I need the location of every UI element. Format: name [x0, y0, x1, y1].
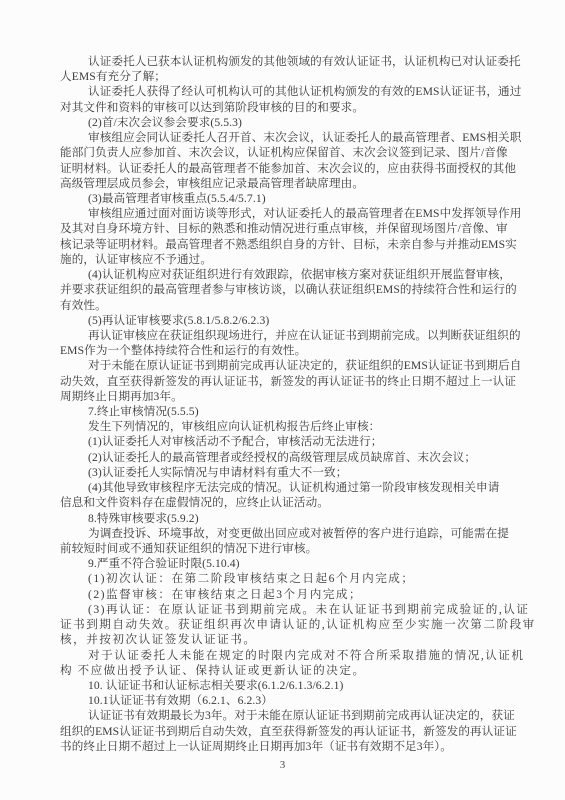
text-line: (3)再认证：在原认证证书到期前完成。未在认证证书到期前完成验证的,认证	[60, 602, 526, 617]
text-line: 前较短时间或不通知获证组织的情况下进行审核。	[60, 541, 526, 556]
text-line: (1)初次认证：在第二阶段审核结束之日起6个月内完成；	[60, 571, 526, 586]
text-line: 认证证书有效期最长为3年。对于未能在原认证证书到期前完成再认证决定的，获证	[60, 708, 526, 723]
text-line: 施的，认证审核应不予通过。	[60, 252, 526, 267]
text-line: 核，并按初次认证签发认证证书。	[60, 632, 526, 647]
text-line: 构 不应做出授予认证、保持认证或更新认证的决定。	[60, 663, 526, 678]
text-line: 认证委托人获得了经认可机构认可的其他认证机构颁发的有效的EMS认证证书，通过	[60, 84, 526, 99]
text-line: 组织的EMS认证证书到期后自动失效，直至获得新签发的再认证证书，新签发的再认证证	[60, 724, 526, 739]
text-line: (3)最高管理者审核重点(5.5.4/5.7.1)	[60, 191, 526, 206]
text-line: 为调查投诉、环境事故，对变更做出回应或对被暂停的客户进行追踪，可能需在提	[60, 526, 526, 541]
text-line: 动失效，直至获得新签发的再认证证书，新签发的再认证证书的终止日期不超过上一认证	[60, 374, 526, 389]
text-line: 7.终止审核情况(5.5.5)	[60, 404, 526, 419]
text-line: 能部门负责人应参加首、末次会议，认证机构应保留首、末次会议签到记录、图片/音像	[60, 145, 526, 160]
text-line: 周期终止日期再加3年。	[60, 389, 526, 404]
page-number: 3	[0, 759, 565, 771]
text-line: 有效性。	[60, 298, 526, 313]
text-line: (4)其他导致审核程序无法完成的情况。认证机构通过第一阶段审核发现相关申请	[60, 480, 526, 495]
text-line: 核记录等证明材料。最高管理者不熟悉组织自身的方针、目标，未亲自参与并推动EMS实	[60, 237, 526, 252]
text-line: (2)认证委托人的最高管理者或经授权的高级管理层成员缺席首、末次会议；	[60, 450, 526, 465]
text-line: 证书到期自动失效。获证组织再次申请认证的,认证机构应至少实施一次第二阶段审	[60, 617, 526, 632]
text-line: 高级管理层成员参会，审核组应记录最高管理者缺席理由。	[60, 176, 526, 191]
text-line: (2)首/末次会议参会要求(5.5.3)	[60, 115, 526, 130]
text-line: 信息和文件资料存在虚假情况的，应终止认证活动。	[60, 495, 526, 510]
text-line: 及其对自身环境方针、目标的熟悉和推动情况进行重点审核，并保留现场图片/音像、审	[60, 221, 526, 236]
text-line: (4)认证机构应对获证组织进行有效跟踪，依据审核方案对获证组织开展监督审核，	[60, 267, 526, 282]
text-line: 人EMS有充分了解；	[60, 69, 526, 84]
text-line: 发生下列情况的，审核组应向认证机构报告后终止审核：	[60, 419, 526, 434]
text-line: 9.严重不符合验证时限(5.10.4)	[60, 556, 526, 571]
text-line: 认证委托人已获本认证机构颁发的其他领域的有效认证证书，认证机构已对认证委托	[60, 54, 526, 69]
text-line: (5)再认证审核要求(5.8.1/5.8.2/6.2.3)	[60, 313, 526, 328]
document-text: 认证委托人已获本认证机构颁发的其他领域的有效认证证书，认证机构已对认证委托人EM…	[60, 54, 526, 754]
text-line: 书的终止日期不超过上一认证周期终止日期再加3年（证书有效期不足3年）。	[60, 739, 526, 754]
text-line: 并要求获证组织的最高管理者参与审核访谈，以确认获证组织EMS的持续符合性和运行的	[60, 282, 526, 297]
text-line: 对其文件和资料的审核可以达到第阶段审核的目的和要求。	[60, 100, 526, 115]
text-line: 10.1认证证书有效期（6.2.1、6.2.3）	[60, 693, 526, 708]
text-line: 10. 认证证书和认证标志相关要求(6.1.2/6.1.3/6.2.1)	[60, 678, 526, 693]
text-line: 证明材料。认证委托人的最高管理者不能参加首、末次会议的，应由获得书面授权的其他	[60, 161, 526, 176]
text-line: 对于未能在原认证证书到期前完成再认证决定的，获证组织的EMS认证证书到期后自	[60, 358, 526, 373]
text-line: (3)认证委托人实际情况与申请材料有重大不一致；	[60, 465, 526, 480]
text-line: (1)认证委托人对审核活动不予配合，审核活动无法进行；	[60, 434, 526, 449]
text-line: EMS作为一个整体持续符合性和运行的有效性。	[60, 343, 526, 358]
text-line: 8.特殊审核要求(5.9.2)	[60, 511, 526, 526]
document-page: 认证委托人已获本认证机构颁发的其他领域的有效认证证书，认证机构已对认证委托人EM…	[0, 0, 565, 800]
text-line: 对于认证委托人未能在规定的时限内完成对不符合所采取措施的情况,认证机	[60, 648, 526, 663]
text-line: 审核组应通过面对面访谈等形式，对认证委托人的最高管理者在EMS中发挥领导作用	[60, 206, 526, 221]
text-line: 审核组应会同认证委托人召开首、末次会议，认证委托人的最高管理者、EMS相关职	[60, 130, 526, 145]
text-line: 再认证审核应在获证组织现场进行，并应在认证证书到期前完成。以判断获证组织的	[60, 328, 526, 343]
text-line: (2)监督审核：在审核结束之日起3个月内完成；	[60, 587, 526, 602]
